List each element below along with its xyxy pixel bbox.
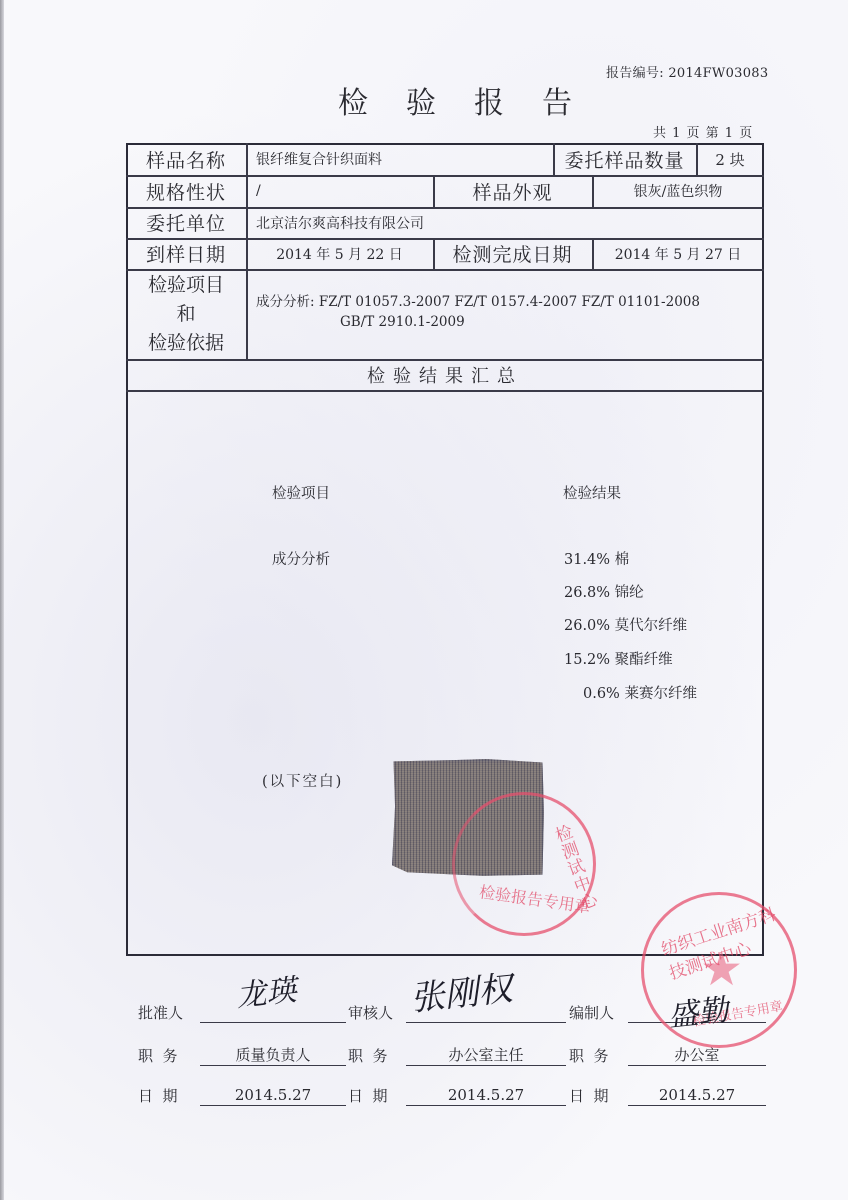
- reviewer-label: 审核人: [348, 1002, 393, 1023]
- position-label: 职 务: [348, 1045, 388, 1066]
- appearance-value: 银灰/蓝色织物: [592, 175, 764, 207]
- arrival-date-value: 2014 年 5 月 22 日: [246, 238, 433, 269]
- client-label: 委托单位: [126, 207, 246, 238]
- preparer-label: 编制人: [569, 1002, 614, 1023]
- approver-date: 2014.5.27: [200, 1085, 346, 1106]
- date-label: 日 期: [138, 1085, 178, 1106]
- position-label: 职 务: [569, 1045, 609, 1066]
- report-number-value: 2014FW03083: [668, 66, 768, 81]
- sample-name-label: 样品名称: [126, 143, 246, 175]
- spec-value: /: [246, 175, 433, 207]
- result-item: 0.6% 莱赛尔纤维: [583, 682, 697, 703]
- approver-position: 质量负责人: [200, 1045, 346, 1066]
- row-divider: [126, 390, 764, 392]
- approver-label: 批准人: [138, 1002, 183, 1023]
- preparer-position: 办公室: [628, 1045, 766, 1066]
- basis-label-line: 和: [176, 300, 195, 329]
- report-number-label: 报告编号:: [606, 66, 664, 81]
- position-label: 职 务: [138, 1045, 178, 1066]
- result-header: 检验结果: [563, 482, 621, 503]
- appearance-label: 样品外观: [433, 175, 592, 207]
- preparer-handwritten-signature: 盛勤: [666, 985, 730, 1035]
- sample-quantity-label: 委托样品数量: [553, 143, 696, 175]
- item-header: 检验项目: [272, 482, 330, 503]
- spec-label: 规格性状: [126, 175, 246, 207]
- page-count: 共 1 页 第 1 页: [653, 122, 752, 141]
- result-item: 31.4% 棉: [564, 548, 629, 569]
- basis-label: 检验项目 和 检验依据: [126, 270, 246, 359]
- basis-line-2: GB/T 2910.1-2009: [256, 312, 700, 332]
- basis-line-1: 成分分析: FZ/T 01057.3-2007 FZ/T 0157.4-2007…: [256, 292, 700, 312]
- report-number: 报告编号: 2014FW03083: [606, 62, 768, 81]
- basis-standards: 成分分析: FZ/T 01057.3-2007 FZ/T 0157.4-2007…: [256, 292, 700, 332]
- result-item: 26.8% 锦纶: [564, 581, 644, 602]
- summary-title: 检验结果汇总: [126, 360, 764, 390]
- sample-quantity-value: 2 块: [696, 143, 764, 175]
- approver-handwritten-signature: 龙瑛: [234, 965, 298, 1015]
- page-title: 检验报告: [338, 78, 610, 122]
- reviewer-position: 办公室主任: [406, 1045, 566, 1066]
- result-item: 15.2% 聚酯纤维: [564, 648, 673, 669]
- completion-date-label: 检测完成日期: [433, 238, 592, 269]
- basis-label-line: 检验依据: [148, 329, 224, 358]
- result-item: 26.0% 莫代尔纤维: [564, 614, 687, 635]
- test-item: 成分分析: [272, 548, 330, 569]
- completion-date-value: 2014 年 5 月 27 日: [592, 238, 764, 269]
- client-value: 北京洁尔爽高科技有限公司: [246, 207, 764, 238]
- arrival-date-label: 到样日期: [126, 238, 246, 269]
- reviewer-date: 2014.5.27: [406, 1085, 566, 1106]
- sample-name-value: 银纤维复合针织面料: [246, 143, 553, 175]
- blank-note: (以下空白): [262, 770, 343, 791]
- date-label: 日 期: [569, 1085, 609, 1106]
- basis-label-line: 检验项目: [148, 271, 224, 300]
- scan-edge: [0, 0, 4, 1200]
- inspection-seal: 检测试中心 检验报告专用章: [452, 792, 596, 936]
- date-label: 日 期: [348, 1085, 388, 1106]
- preparer-date: 2014.5.27: [628, 1085, 766, 1106]
